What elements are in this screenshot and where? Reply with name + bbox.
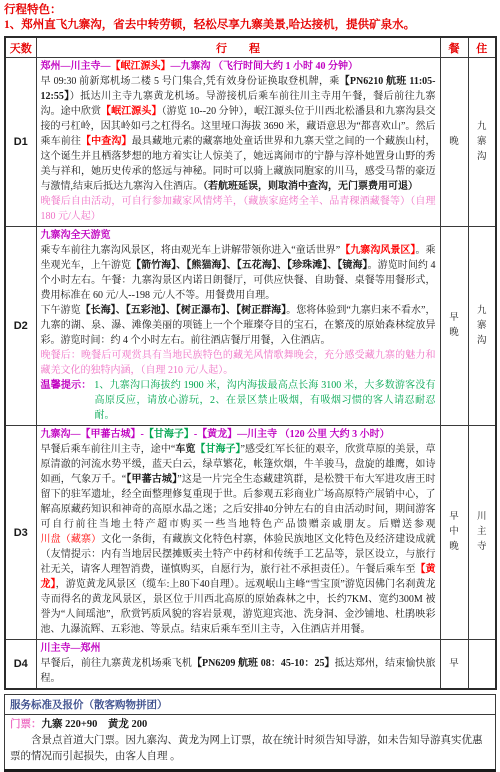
day3-route-title: 九寨沟—【甲蕃古城】-【甘海子】-【黄龙】—川主寺 （120 公里 大约 3 小… [41, 427, 436, 442]
text-segment: 【岷江源头】 [101, 106, 162, 117]
column-header-meals: 餐 [440, 37, 468, 58]
meals-text: 早中晚 [449, 510, 460, 555]
itinerary-cell: 九寨沟全天游览乘专车前往九寨沟风景区，将由观光车上讲解带领你进入“童话世界”【九… [36, 227, 440, 426]
service-body-row: 门票：九寨 220+90 黄龙 200 含景点首道大门票。因九寨沟、黄龙为网上订… [5, 715, 496, 771]
stay-cell: 九寨沟 [468, 58, 496, 227]
text-segment: （若航班延误，则取消中查沟，无门票费用可退） [203, 181, 418, 192]
day-cell: D1 [5, 58, 36, 227]
day1-evening-option: 晚餐后自由活动，可自行参加藏家风情烤羊，（藏族家庭烤全羊、品青稞酒藏餐等）（自理… [41, 194, 436, 224]
meals-cell: 早 [440, 640, 468, 690]
itinerary-cell: 九寨沟—【甲蕃古城】-【甘海子】-【黄龙】—川主寺 （120 公里 大约 3 小… [36, 426, 440, 640]
text-segment: ，游览黄龙风景区（缆车:上80下40自理）。远观岷山主峰“雪宝顶”游览因佛门名刹… [41, 579, 436, 635]
table-row-day1: D1 郑州—川主寺—【岷江源头】—九寨沟 （飞行时间大约 1 小时 40 分钟）… [5, 58, 496, 227]
day4-description: 早餐后，前往九寨黄龙机场乘飞机【PN6209 航班 08：45-10：25】抵达… [41, 656, 436, 686]
table-row-day2: D2 九寨沟全天游览乘专车前往九寨沟风景区，将由观光车上讲解带领你进入“童话世界… [5, 227, 496, 426]
meals-cell: 早中晚 [440, 426, 468, 640]
text-segment: 九寨沟—【甲蕃古城】- [41, 429, 144, 440]
stay-text: 川主寺 [476, 510, 487, 555]
column-header-stay: 住 [468, 37, 496, 58]
ticket-value: 九寨 220+90 黄龙 200 [42, 719, 148, 730]
text-segment: 川盘（藏寨） [41, 534, 102, 545]
text-segment: 【岷江源头】 [111, 61, 171, 72]
ticket-label: 门票： [10, 719, 42, 730]
day-cell: D2 [5, 227, 36, 426]
day2-description-afternoon: 下午游览【长海】、【五彩池】、【树正瀑布】、【树正群海】。您将体验到“九寨归来不… [41, 303, 436, 348]
table-row-day3: D3 九寨沟—【甲蕃古城】-【甘海子】-【黄龙】—川主寺 （120 公里 大约 … [5, 426, 496, 640]
meals-text: 晚 [449, 135, 460, 150]
meals-cell: 早晚 [440, 227, 468, 426]
day1-description: 早 09:30 前新郑机场二楼 5 号门集合,凭有效身份证换取登机牌，乘【PN6… [41, 74, 436, 194]
stay-cell: 九寨沟 [468, 227, 496, 426]
day2-route-title: 九寨沟全天游览 [41, 228, 436, 243]
itinerary-cell: 川主寺—郑州早餐后，前往九寨黄龙机场乘飞机【PN6209 航班 08：45-10… [36, 640, 440, 690]
text-segment: 【PN6209 航班 08：45-10：25】 [192, 658, 335, 669]
day-cell: D3 [5, 426, 36, 640]
text-segment: -【黄龙】—川主寺 （120 公里 大约 3 小时） [194, 429, 390, 440]
text-segment: 【甘海子】 [195, 444, 240, 455]
text-segment: 早 09:30 前新郑机场二楼 5 号门集合,凭有效身份证换取登机牌，乘 [41, 76, 340, 87]
ticket-price-line: 门票：九寨 220+90 黄龙 200 [10, 717, 490, 733]
text-segment: 【甘海子】 [144, 429, 194, 440]
table-header-row: 天数 行 程 餐 住 [5, 37, 496, 58]
text-segment: 晚餐后：晚餐后可观赏具有当地民族特色的藏羌风情歌舞晚会，充分感受藏九寨的魅力和藏… [41, 350, 436, 376]
itinerary-table: 天数 行 程 餐 住 D1 郑州—川主寺—【岷江源头】—九寨沟 （飞行时间大约 … [4, 36, 497, 690]
text-segment: 【长海】、【五彩池】、【树正瀑布】、【树正群海】 [81, 305, 287, 316]
text-segment: 郑州—川主寺— [41, 61, 111, 72]
text-segment: 温馨提示： [41, 380, 92, 391]
column-header-itinerary: 行 程 [36, 37, 440, 58]
day3-description: 早餐后乘车前往川主寺，途中“车览【甘海子】”感受红军长征的艰辛，欣赏草原的美景，… [41, 442, 436, 637]
text-segment: 车览 [175, 444, 195, 455]
day2-description-morning: 乘专车前往九寨沟风景区，将由观光车上讲解带领你进入“童话世界”【九寨沟风景区】。… [41, 243, 436, 303]
service-title-row: 服务标准及报价（散客购物拼团） [5, 695, 496, 715]
table-row-day4: D4 川主寺—郑州早餐后，前往九寨黄龙机场乘飞机【PN6209 航班 08：45… [5, 640, 496, 690]
day1-route-title: 郑州—川主寺—【岷江源头】—九寨沟 （飞行时间大约 1 小时 40 分钟） [41, 59, 436, 74]
feature-line: 1、郑州直飞九寨沟，省去中转劳顿，轻松尽享九寨美景,哈达接机，提供矿泉水。 [4, 18, 496, 33]
service-standard-heading: 服务标准及报价（散客购物拼团） [5, 695, 496, 715]
text-segment: 下午游览 [41, 305, 81, 316]
ticket-note: 含景点首道大门票。因九寨沟、黄龙为网上订票，故在统计时须告知导游，如未告知导游真… [10, 733, 490, 765]
text-segment: 【九寨沟风景区】 [340, 245, 415, 256]
itinerary-page: 行程特色： 1、郑州直飞九寨沟，省去中转劳顿，轻松尽享九寨美景,哈达接机，提供矿… [4, 0, 496, 772]
text-segment: 晚餐后自由活动，可自行参加藏家风情烤羊，（藏族家庭烤全羊、品青稞酒藏餐等）（自理… [41, 196, 436, 222]
text-segment: 早餐后乘车前往川主寺，途中“ [41, 444, 176, 455]
meals-cell: 晚 [440, 58, 468, 227]
day2-warm-tips: 温馨提示： 1、九寨沟口海拔约 1900 米，沟内海拔最高点长海 3100 米，… [41, 378, 436, 423]
meals-text: 早 [449, 657, 460, 672]
text-segment: 1、九寨沟口海拔约 1900 米，沟内海拔最高点长海 3100 米，大多数游客没… [92, 380, 436, 421]
stay-cell [468, 640, 496, 690]
text-segment: 【中查沟】 [81, 136, 132, 147]
feature-heading: 行程特色： [4, 3, 496, 18]
day-cell: D4 [5, 640, 36, 690]
day4-route-title: 川主寺—郑州 [41, 641, 436, 656]
text-segment: 【箭竹海】、【熊猫海】、【五花海】、【珍珠滩】、【镜海】 [131, 260, 368, 271]
itinerary-cell: 郑州—川主寺—【岷江源头】—九寨沟 （飞行时间大约 1 小时 40 分钟）早 0… [36, 58, 440, 227]
text-segment: 乘专车前往九寨沟风景区，将由观光车上讲解带领你进入“童话世界” [41, 245, 341, 256]
column-header-day: 天数 [5, 37, 36, 58]
stay-text: 九寨沟 [476, 304, 487, 349]
stay-text: 九寨沟 [476, 120, 487, 165]
text-segment: 川主寺—郑州 [41, 643, 101, 654]
ticket-info-cell: 门票：九寨 220+90 黄龙 200 含景点首道大门票。因九寨沟、黄龙为网上订… [5, 715, 496, 771]
text-segment: 【甲蕃古城】 [126, 474, 177, 485]
day2-evening-option: 晚餐后：晚餐后可观赏具有当地民族特色的藏羌风情歌舞晚会，充分感受藏九寨的魅力和藏… [41, 348, 436, 378]
service-standard-table: 服务标准及报价（散客购物拼团） 门票：九寨 220+90 黄龙 200 含景点首… [4, 694, 496, 772]
text-segment: —九寨沟 （飞行时间大约 1 小时 40 分钟） [171, 61, 359, 72]
text-segment: 九寨沟全天游览 [41, 230, 111, 241]
meals-text: 早晚 [449, 311, 460, 341]
stay-cell: 川主寺 [468, 426, 496, 640]
text-segment: 早餐后，前往九寨黄龙机场乘飞机 [41, 658, 192, 669]
